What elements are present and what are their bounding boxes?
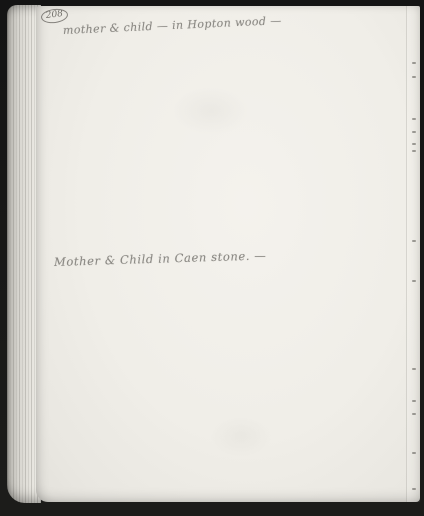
sliver-pencil-mark (412, 280, 416, 282)
paper-smudge (156, 76, 266, 146)
sliver-pencil-mark (412, 368, 416, 370)
sliver-pencil-mark (412, 76, 416, 78)
sliver-pencil-mark (412, 131, 416, 133)
notebook-photo: 208 mother & child — in Hopton wood — Mo… (0, 0, 424, 516)
adjacent-page-sliver (406, 6, 420, 502)
sliver-pencil-mark (412, 118, 416, 120)
sliver-pencil-mark (412, 452, 416, 454)
sliver-pencil-mark (412, 150, 416, 152)
sliver-pencil-mark (412, 413, 416, 415)
sliver-pencil-mark (412, 240, 416, 242)
sliver-pencil-mark (412, 143, 416, 145)
sliver-pencil-mark (412, 62, 416, 64)
sliver-pencil-mark (412, 488, 416, 490)
paper-smudge (196, 406, 286, 466)
sliver-pencil-mark (412, 400, 416, 402)
